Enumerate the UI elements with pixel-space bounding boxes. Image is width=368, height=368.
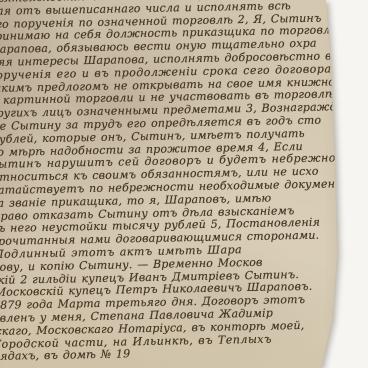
manuscript-text: дѣятельностію въ теченіи четырехъ лѣтъ, …	[0, 0, 368, 364]
manuscript-page: дѣятельностію въ теченіи четырехъ лѣтъ, …	[0, 0, 368, 368]
paper-shadow: дѣятельностію въ теченіи четырехъ лѣтъ, …	[0, 0, 368, 368]
photo-backdrop: дѣятельностію въ теченіи четырехъ лѣтъ, …	[0, 0, 368, 368]
